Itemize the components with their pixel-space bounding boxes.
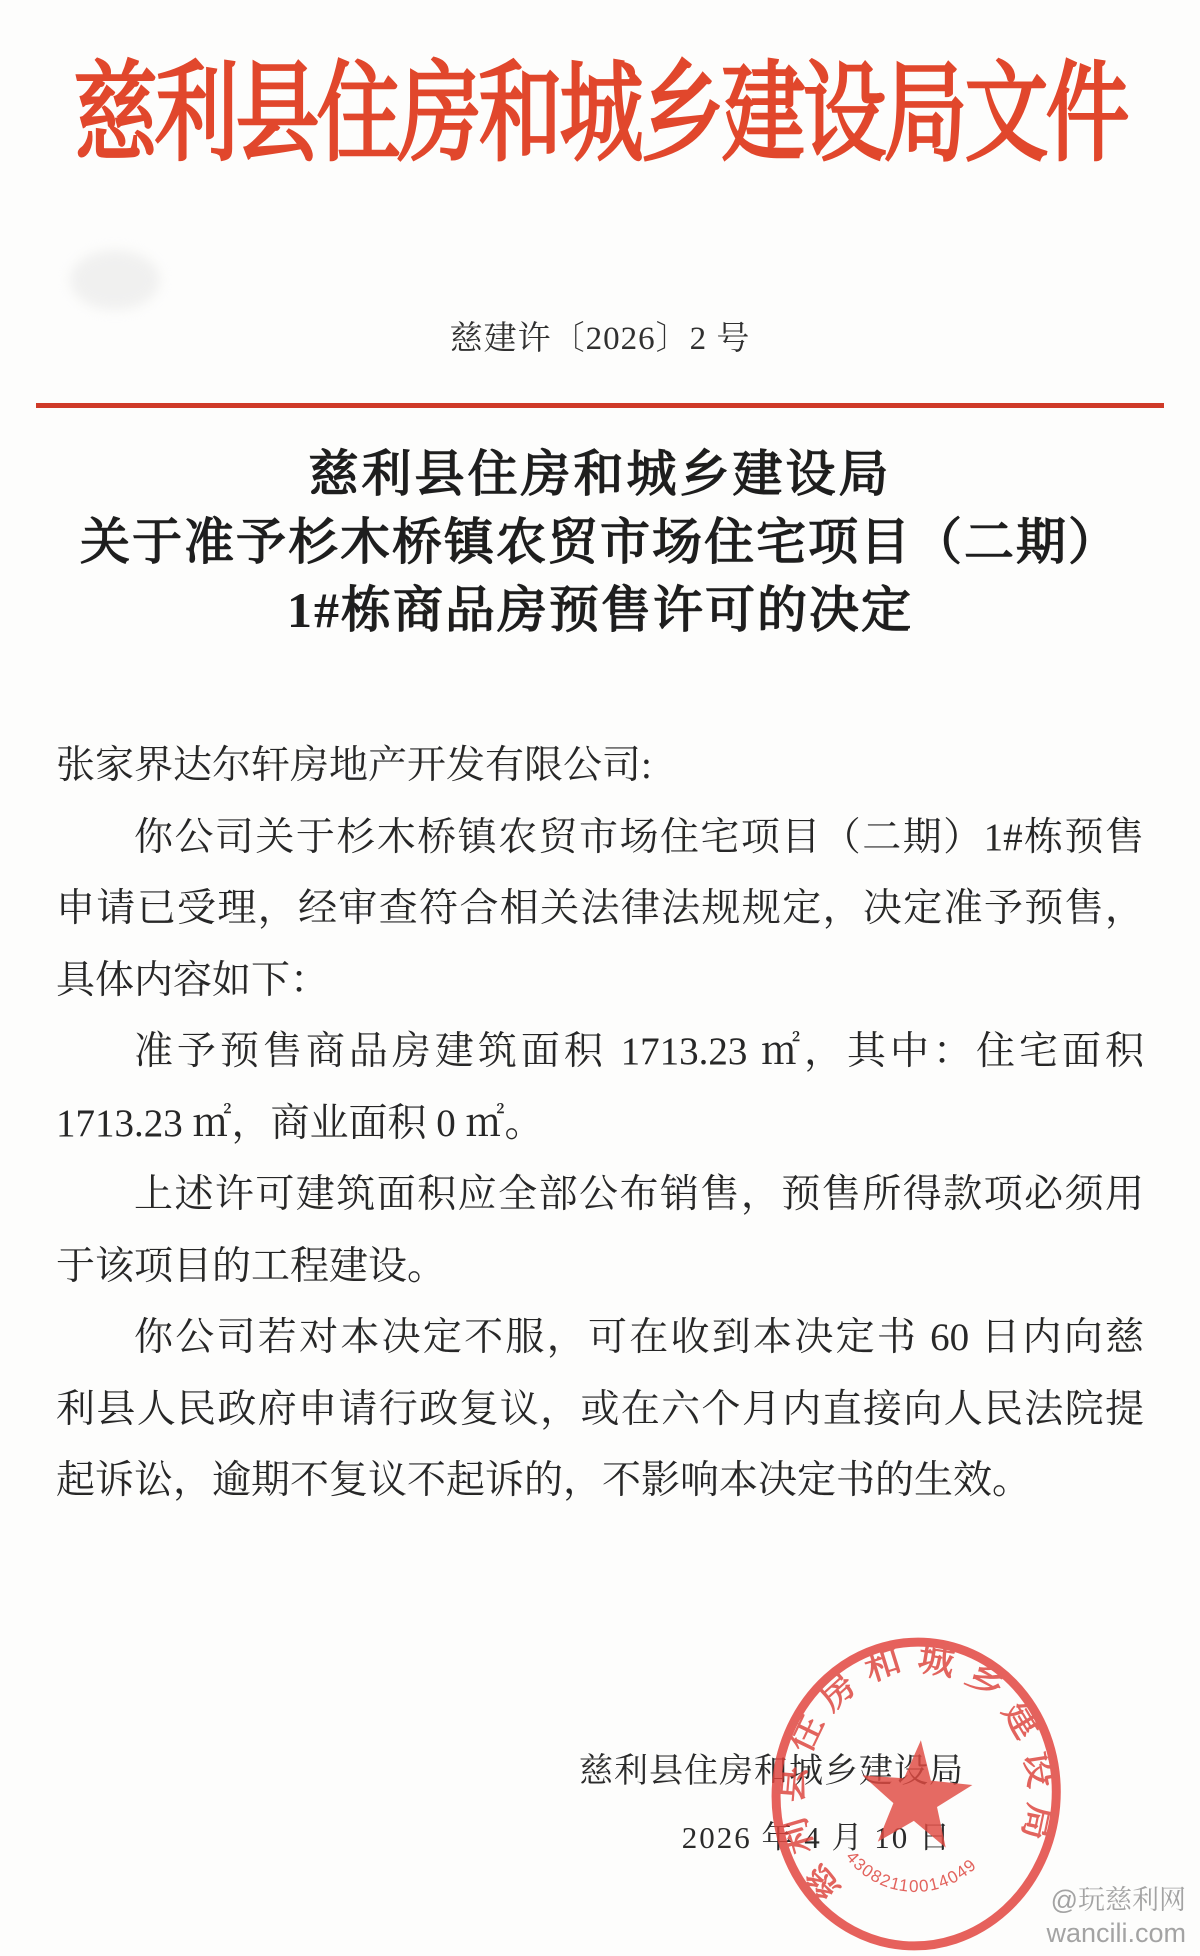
body-line: 利县人民政府申请行政复议，或在六个月内直接向人民法院提 [56,1374,1144,1446]
body-line: 准予预售商品房建筑面积 1713.23 ㎡，其中：住宅面积 [56,1016,1144,1088]
body-line: 上述许可建筑面积应全部公布销售，预售所得款项必须用 [56,1159,1144,1231]
signature-block: 慈利县住房和城乡建设局 2026 年 4 月 10 日 [0,1743,1200,1857]
body-line: 你公司若对本决定不服，可在收到本决定书 60 日内向慈 [56,1302,1144,1374]
addressee-line: 张家界达尔轩房地产开发有限公司: [56,730,1144,802]
body-line: 申请已受理，经审查符合相关法律法规规定，决定准予预售， [56,873,1144,945]
signature-date: 2026 年 4 月 10 日 [0,1812,1200,1857]
title-line-3: 1#栋商品房预售许可的决定 [0,576,1200,644]
watermark-site: wancili.com [1046,1917,1186,1950]
red-divider [36,403,1164,408]
body-line: 具体内容如下： [56,945,1144,1017]
letterhead-banner: 慈利县住房和城乡建设局文件 [0,0,1200,162]
body-line: 起诉讼，逾期不复议不起诉的，不影响本决定书的生效。 [56,1445,1144,1517]
watermark-handle: @玩慈利网 [1046,1884,1186,1917]
body-line: 1713.23 ㎡，商业面积 0 ㎡。 [56,1088,1144,1160]
body-line: 你公司关于杉木桥镇农贸市场住宅项目（二期）1#栋预售 [56,802,1144,874]
document-body: 张家界达尔轩房地产开发有限公司: 你公司关于杉木桥镇农贸市场住宅项目（二期）1#… [56,730,1144,1517]
title-line-2: 关于准予杉木桥镇农贸市场住宅项目（二期） [0,508,1200,576]
title-line-1: 慈利县住房和城乡建设局 [0,440,1200,508]
watermark: @玩慈利网 wancili.com [1046,1884,1186,1950]
body-line: 于该项目的工程建设。 [56,1231,1144,1303]
signature-org: 慈利县住房和城乡建设局 [0,1743,1200,1792]
document-title: 慈利县住房和城乡建设局 关于准予杉木桥镇农贸市场住宅项目（二期） 1#栋商品房预… [0,440,1200,644]
scan-smudge [70,250,160,310]
document-number: 慈建许〔2026〕2 号 [0,312,1200,359]
letterhead-title: 慈利县住房和城乡建设局文件 [73,26,1126,183]
